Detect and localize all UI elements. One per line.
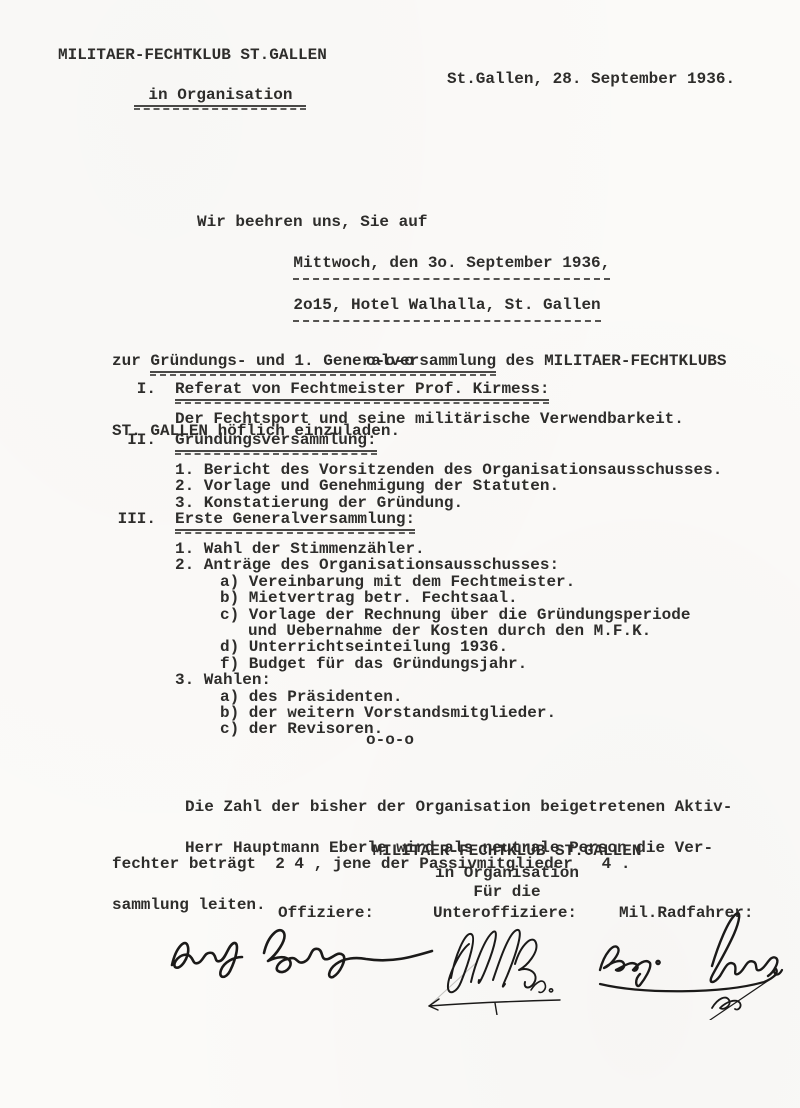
closing-for-line: Für die (357, 883, 657, 902)
agenda-section-items: 1. Bericht des Vorsitzenden des Organisa… (175, 462, 780, 511)
agenda-item: Der Fechtsport und seine militärische Ve… (175, 411, 780, 427)
agenda-item: c) Vorlage der Rechnung über die Gründun… (175, 607, 780, 623)
agenda-item: b) Mietvertrag betr. Fechtsaal. (175, 590, 780, 606)
agenda-item: 1. Wahl der Stimmenzähler. (175, 541, 780, 557)
agenda-section-3: III.Erste Generalversammlung:1. Wahl der… (112, 510, 780, 738)
scanned-letter-page: MILITAER-FECHTKLUB ST.GALLEN in Organisa… (0, 0, 800, 1108)
agenda-item: b) der weitern Vorstandsmitglieder. (175, 705, 780, 721)
dateline: St.Gallen, 28. September 1936. (447, 70, 735, 89)
letterhead-org-sub-text: in Organisation (134, 86, 306, 107)
closing-org-sub: in Organisation (357, 864, 657, 883)
agenda-section-numeral: III. (112, 510, 156, 528)
agenda-item: d) Unterrichtseinteilung 1936. (175, 639, 780, 655)
agenda-section-items: Der Fechtsport und seine militärische Ve… (175, 411, 780, 427)
agenda-section-numeral: II. (112, 431, 156, 449)
agenda-item: f) Budget für das Gründungsjahr. (175, 656, 780, 672)
letterhead-org: MILITAER-FECHTKLUB ST.GALLEN (58, 46, 327, 65)
agenda-section-title: Erste Generalversammlung: (175, 510, 415, 534)
agenda-item: 3. Konstatierung der Gründung. (175, 495, 780, 511)
agenda-item: 2. Anträge des Organisationsausschusses: (175, 557, 780, 573)
letterhead-org-sub: in Organisation (96, 67, 306, 129)
closing-org: MILITAER-FECHTKLUB ST.GALLEN (357, 842, 657, 861)
agenda-section-1: I.Referat von Fechtmeister Prof. Kirmess… (112, 380, 780, 427)
agenda-item: a) des Präsidenten. (175, 689, 780, 705)
agenda-section-title: Referat von Fechtmeister Prof. Kirmess: (175, 380, 549, 404)
separator-bottom: o-o-o (0, 731, 780, 750)
separator-top: o-o-o (0, 352, 780, 371)
agenda-item: 2. Vorlage und Genehmigung der Statuten. (175, 478, 780, 494)
agenda-section-2: II.Gründungsversammlung:1. Bericht des V… (112, 431, 780, 511)
invitation-intro: Wir beehren uns, Sie auf (197, 213, 427, 232)
agenda-item: und Uebernahme der Kosten durch den M.F.… (175, 623, 780, 639)
agenda-item: 3. Wahlen: (175, 672, 780, 688)
agenda-section-numeral: I. (112, 380, 156, 398)
agenda-section-title: Gründungsversammlung: (175, 431, 377, 455)
agenda-item: 1. Bericht des Vorsitzenden des Organisa… (175, 462, 780, 478)
signature-mil-radfahrer (592, 908, 792, 1020)
signature-offiziere (160, 915, 440, 990)
signature-unteroffiziere (415, 920, 580, 1015)
agenda-section-items: 1. Wahl der Stimmenzähler.2. Anträge des… (175, 541, 780, 738)
agenda-item: a) Vereinbarung mit dem Fechtmeister. (175, 574, 780, 590)
